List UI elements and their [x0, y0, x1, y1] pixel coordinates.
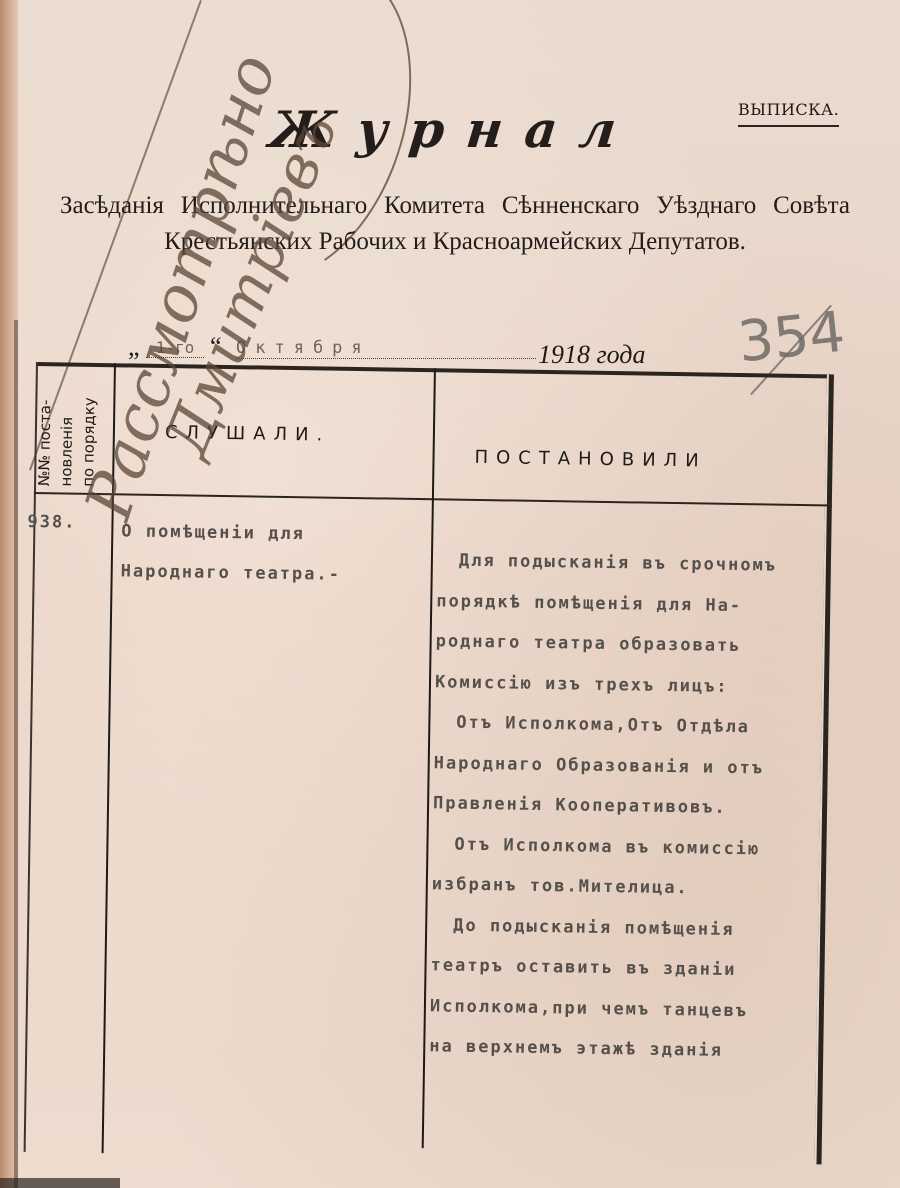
decided-line: Для подысканія въ срочномъ — [437, 540, 828, 587]
decided-line: До подысканія помѣщенія — [431, 905, 822, 952]
pencil-page-number: 354 — [735, 300, 848, 376]
entry-decided-text: Для подысканія въ срочномъпорядкѣ помѣще… — [429, 540, 827, 1073]
decided-line: Отъ Исполкома въ комиссію — [432, 824, 823, 871]
entry-heard-text: О помѣщеніи для Народнаго театра.- — [120, 511, 421, 596]
decided-line: Отъ Исполкома,Отъ Отдѣла — [434, 702, 825, 749]
entry-number: 938. — [27, 512, 76, 533]
decided-line: Народнаго Образованія и отъ — [433, 743, 824, 790]
next-page-edge — [0, 1178, 120, 1188]
date-year: 1918 года — [538, 340, 645, 370]
decided-line: Правленія Кооперативовъ. — [433, 783, 824, 830]
decided-line: Исполкома,при чемъ танцевъ — [430, 986, 821, 1033]
decided-column-header: ПОСТАНОВИЛИ — [474, 447, 706, 472]
date-month: Октября — [236, 338, 536, 359]
extract-label: ВЫПИСКА. — [738, 100, 839, 127]
decided-line: на верхнемъ этажѣ зданія — [429, 1026, 820, 1073]
decided-line: роднаго театра образовать — [435, 621, 826, 668]
document-page: ВЫПИСКА. Журнал Засѣданія Исполнительнаг… — [0, 0, 900, 1188]
number-header-line-2: новленія — [56, 417, 77, 487]
number-header-line-1: №№ поста- — [34, 399, 55, 486]
page-edge — [14, 320, 18, 1188]
decided-line: избранъ тов.Мителица. — [432, 864, 823, 911]
decided-line: театръ оставить въ зданіи — [430, 945, 821, 992]
decided-line: порядкѣ помѣщенія для На- — [436, 581, 827, 628]
decided-line: Комиссію изъ трехъ лицъ: — [435, 662, 826, 709]
